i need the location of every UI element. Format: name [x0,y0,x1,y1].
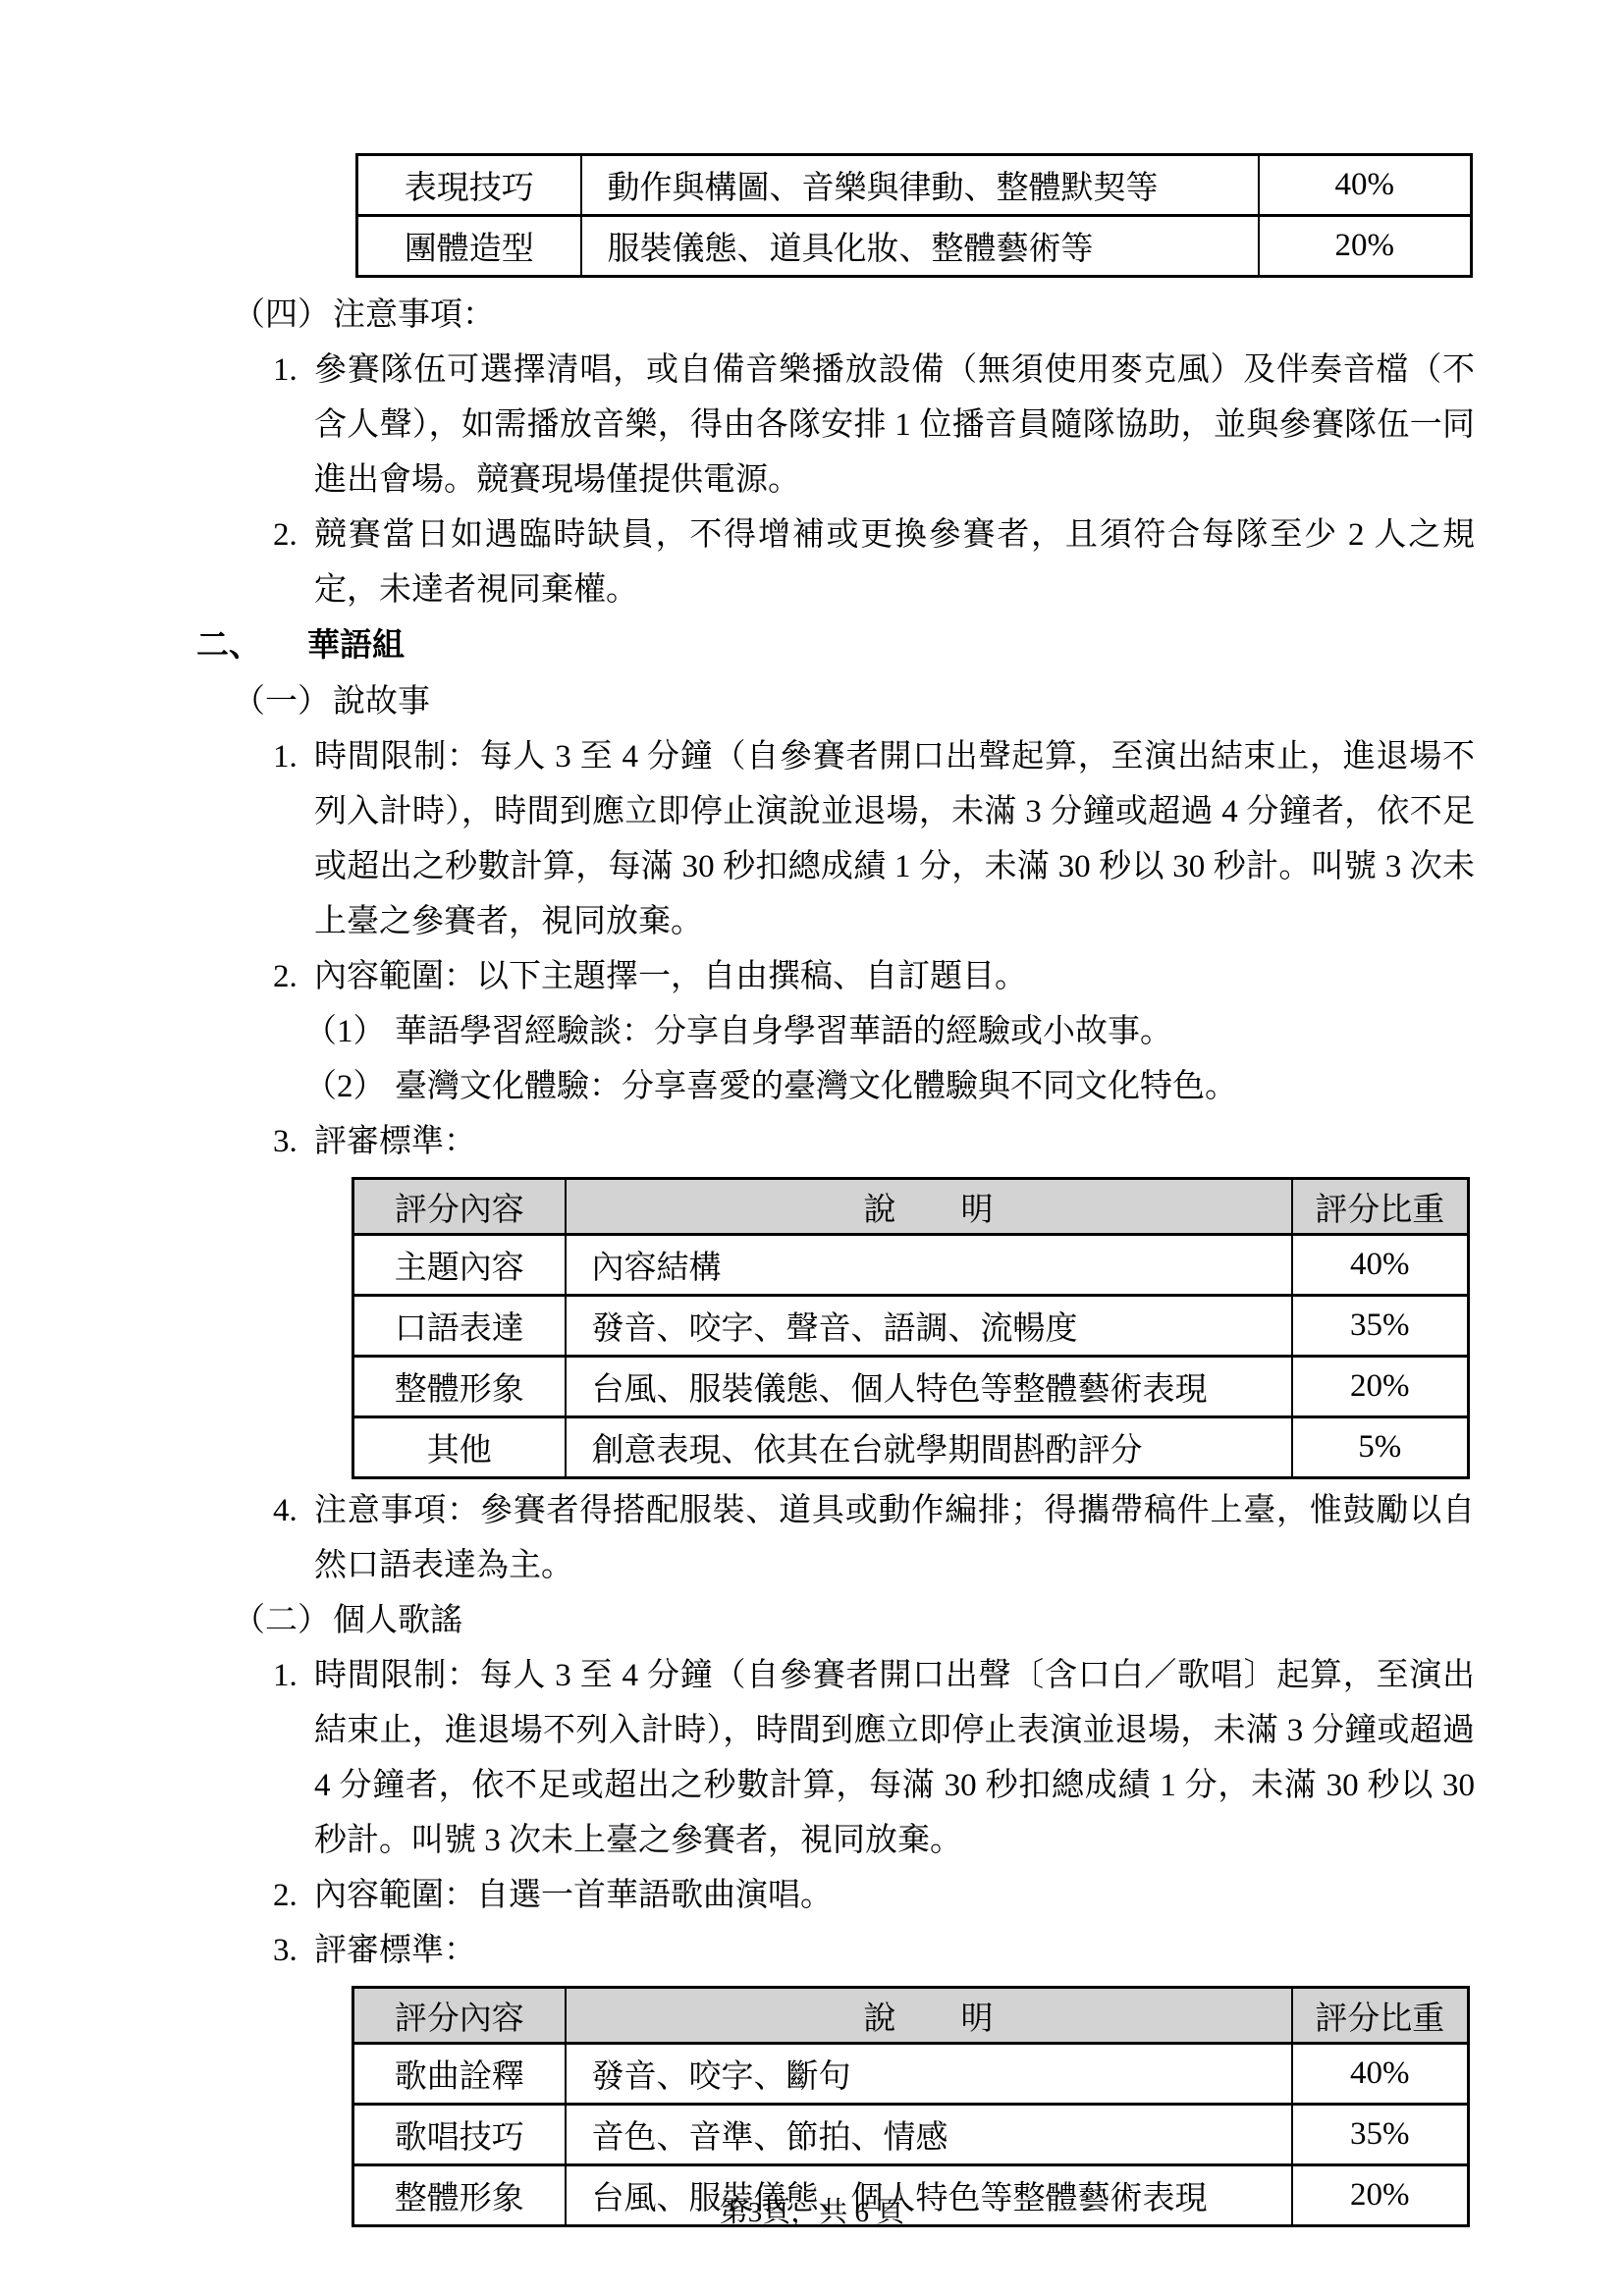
storytelling-heading: （一） 說故事 [233,674,1624,729]
heading-title: 注意事項： [333,288,495,343]
item-number: 2. [273,949,314,1004]
topic-number: （2） [304,1059,395,1114]
criteria-cell: 整體形象 [353,1357,566,1417]
header-weight: 評分比重 [1292,1179,1469,1235]
weight-cell: 20% [1259,216,1472,277]
table-header-row: 評分內容 說 明 評分比重 [353,1988,1469,2044]
item-text: 注意事項：參賽者得搭配服裝、道具或動作編排；得攜帶稿件上臺，惟鼓勵以自然口語表達… [314,1483,1475,1593]
item-text: 內容範圍：以下主題擇一，自由撰稿、自訂題目。 [314,949,1475,1004]
list-item: 2. 競賽當日如遇臨時缺員，不得增補或更換參賽者，且須符合每隊至少 2 人之規定… [273,507,1475,617]
list-item: 1. 參賽隊伍可選擇清唱，或自備音樂播放設備（無須使用麥克風）及伴奏音檔（不含人… [273,343,1475,507]
header-criteria: 評分內容 [353,1988,566,2044]
criteria-cell: 團體造型 [357,216,581,277]
topic-item: （2） 臺灣文化體驗：分享喜愛的臺灣文化體驗與不同文化特色。 [304,1059,1475,1114]
heading-label: （四） [233,288,333,343]
criteria-cell: 歌曲詮釋 [353,2044,566,2105]
notes-heading: （四） 注意事項： [233,288,1624,343]
description-cell: 發音、咬字、聲音、語調、流暢度 [566,1296,1292,1357]
item-number: 1. [273,729,314,949]
weight-cell: 40% [1292,1235,1469,1296]
item-text: 內容範圍：自選一首華語歌曲演唱。 [314,1868,1475,1923]
table-row: 主題內容 內容結構 40% [353,1235,1469,1296]
item-text: 時間限制：每人 3 至 4 分鐘（自參賽者開口出聲〔含口白／歌唱〕起算，至演出結… [314,1648,1475,1868]
list-item: 1. 時間限制：每人 3 至 4 分鐘（自參賽者開口出聲起算，至演出結束止，進退… [273,729,1475,949]
description-cell: 發音、咬字、斷句 [566,2044,1292,2105]
heading-title: 個人歌謠 [333,1593,462,1648]
description-cell: 內容結構 [566,1235,1292,1296]
document-page: 表現技巧 動作與構圖、音樂與律動、整體默契等 40% 團體造型 服裝儀態、道具化… [0,0,1624,2296]
list-item: 2. 內容範圍：自選一首華語歌曲演唱。 [273,1868,1475,1923]
criteria-cell: 口語表達 [353,1296,566,1357]
table-row: 其他 創意表現、依其在台就學期間斟酌評分 5% [353,1417,1469,1478]
storytelling-score-table: 評分內容 說 明 評分比重 主題內容 內容結構 40% 口語表達 發音、咬字、聲… [352,1177,1470,1479]
item-text: 參賽隊伍可選擇清唱，或自備音樂播放設備（無須使用麥克風）及伴奏音檔（不含人聲），… [314,343,1475,507]
table-header-row: 評分內容 說 明 評分比重 [353,1179,1469,1235]
item-number: 1. [273,1648,314,1868]
item-number: 1. [273,343,314,507]
solo-song-heading: （二） 個人歌謠 [233,1593,1624,1648]
item-number: 2. [273,507,314,617]
list-item: 3. 評審標準： [273,1114,1475,1169]
topic-text: 華語學習經驗談：分享自身學習華語的經驗或小故事。 [395,1004,1475,1059]
item-number: 4. [273,1483,314,1593]
list-item: 4. 注意事項：參賽者得搭配服裝、道具或動作編排；得攜帶稿件上臺，惟鼓勵以自然口… [273,1483,1475,1593]
description-cell: 台風、服裝儀態、個人特色等整體藝術表現 [566,1357,1292,1417]
weight-cell: 20% [1292,1357,1469,1417]
weight-cell: 40% [1259,155,1472,216]
weight-cell: 5% [1292,1417,1469,1478]
section-title: 華語組 [307,617,405,674]
table-row: 歌曲詮釋 發音、咬字、斷句 40% [353,2044,1469,2105]
solo-song-score-table: 評分內容 說 明 評分比重 歌曲詮釋 發音、咬字、斷句 40% 歌唱技巧 音色、… [352,1986,1470,2227]
weight-cell: 35% [1292,2105,1469,2165]
criteria-cell: 歌唱技巧 [353,2105,566,2165]
header-description: 說 明 [566,1988,1292,2044]
list-item: 1. 時間限制：每人 3 至 4 分鐘（自參賽者開口出聲〔含口白／歌唱〕起算，至… [273,1648,1475,1868]
heading-title: 說故事 [333,674,430,729]
heading-label: （一） [233,674,333,729]
weight-cell: 40% [1292,2044,1469,2105]
item-text: 評審標準： [314,1923,1475,1978]
topic-item: （1） 華語學習經驗談：分享自身學習華語的經驗或小故事。 [304,1004,1475,1059]
criteria-cell: 主題內容 [353,1235,566,1296]
heading-label: （二） [233,1593,333,1648]
item-number: 2. [273,1868,314,1923]
criteria-cell: 其他 [353,1417,566,1478]
weight-cell: 35% [1292,1296,1469,1357]
table-row: 口語表達 發音、咬字、聲音、語調、流暢度 35% [353,1296,1469,1357]
list-item: 3. 評審標準： [273,1923,1475,1978]
page-footer: 第3頁，共 6 頁 [0,2195,1624,2230]
item-number: 3. [273,1114,314,1169]
section-heading-mandarin-group: 二、 華語組 [196,617,1624,674]
item-text: 評審標準： [314,1114,1475,1169]
header-criteria: 評分內容 [353,1179,566,1235]
section-number: 二、 [196,617,307,674]
description-cell: 音色、音準、節拍、情感 [566,2105,1292,2165]
topic-text: 臺灣文化體驗：分享喜愛的臺灣文化體驗與不同文化特色。 [395,1059,1475,1114]
item-text: 競賽當日如遇臨時缺員，不得增補或更換參賽者，且須符合每隊至少 2 人之規定，未達… [314,507,1475,617]
table-row: 歌唱技巧 音色、音準、節拍、情感 35% [353,2105,1469,2165]
topic-number: （1） [304,1004,395,1059]
table-row: 表現技巧 動作與構圖、音樂與律動、整體默契等 40% [357,155,1472,216]
description-cell: 服裝儀態、道具化妝、整體藝術等 [581,216,1259,277]
table-row: 整體形象 台風、服裝儀態、個人特色等整體藝術表現 20% [353,1357,1469,1417]
continuation-score-table: 表現技巧 動作與構圖、音樂與律動、整體默契等 40% 團體造型 服裝儀態、道具化… [355,153,1473,278]
header-description: 說 明 [566,1179,1292,1235]
table-row: 團體造型 服裝儀態、道具化妝、整體藝術等 20% [357,216,1472,277]
criteria-cell: 表現技巧 [357,155,581,216]
list-item: 2. 內容範圍：以下主題擇一，自由撰稿、自訂題目。 [273,949,1475,1004]
description-cell: 動作與構圖、音樂與律動、整體默契等 [581,155,1259,216]
description-cell: 創意表現、依其在台就學期間斟酌評分 [566,1417,1292,1478]
item-text: 時間限制：每人 3 至 4 分鐘（自參賽者開口出聲起算，至演出結束止，進退場不列… [314,729,1475,949]
header-weight: 評分比重 [1292,1988,1469,2044]
item-number: 3. [273,1923,314,1978]
